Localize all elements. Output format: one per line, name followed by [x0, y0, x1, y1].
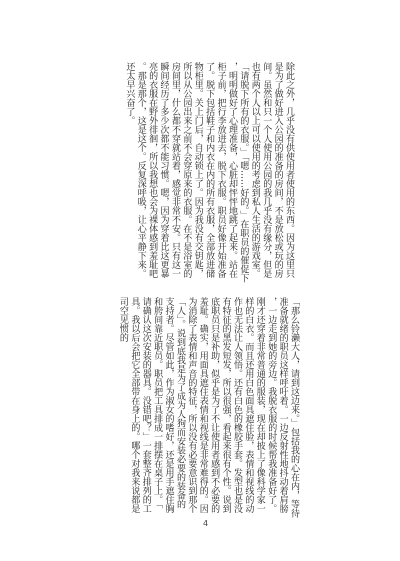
text-column: 作也无法让人领悟。还有白色的橡胶手套。发型也是没 — [231, 297, 242, 518]
text-column: 是为了做好进入公园的准备的房间，不是放松或玩的房 — [271, 62, 282, 283]
text-column: 所以从公园出来之前不会穿原来的衣服。在不是浴室的 — [180, 62, 191, 283]
text-column: 。那是那个，这是这个。反复深呼吸，让心平静下来。 — [134, 62, 145, 283]
text-column: 还太早兴奋了。 — [123, 62, 134, 283]
text-column: 和胯间靠近职员。职员把工具排成一排摆在桌子上。「 — [151, 297, 162, 518]
text-column: 司空见惯的 — [117, 297, 128, 518]
text-column: 房间里，什么都不穿就站着，感觉非常不安。只有这一 — [169, 62, 180, 283]
text-column: 底职员只是补助，似乎是为了不让使用者感到不必要的 — [208, 297, 219, 518]
text-column: 柜子前，把行李放进去，脱下衣服。职员好像开始准备 — [214, 62, 225, 283]
lower-paragraph-block: 「那么铃濑大人，请到这边来。」包括我的心在内，等待 准备就绪的职员这样呼吁着。一… — [117, 297, 300, 518]
text-column: ，明明做好了心理准备，心脏却怦怦地跳了起来。站在 — [226, 62, 237, 283]
text-column: 刚才还穿着非常普通的服装，现在却披上了像科学家一 — [253, 297, 264, 518]
page-number: 4 — [203, 519, 208, 528]
text-column: 「请脱下所有的衣服。」「嗯……好的。」在职员的催促下 — [237, 62, 248, 283]
text-column: 具。我以后会把它全部带在身上的。哪个对我来说都是 — [128, 297, 139, 518]
text-column: 样的白衣。而且还用白色面具遮住脸，表情和视线的动 — [242, 297, 253, 518]
text-column: 亮的衣服在野外徘徊，所以我想也会为裸体感到羞耻吧 — [146, 62, 157, 283]
text-column: 羞耻。确实，用面具遮住表情和视线是非常难得的。因 — [196, 297, 207, 518]
text-column: 间。虽然和只一个人使用公园的我几乎没有缘分，但是 — [260, 62, 271, 283]
text-column: 请确认这次安装的器具。没错吧？」一套整齐排列的工 — [139, 297, 150, 518]
text-column: 「人」。说到底我是为了成为人狗而安装必要的装备的 — [174, 297, 185, 518]
text-column: 「那么铃濑大人，请到这边来。」包括我的心在内，等待 — [288, 297, 299, 518]
text-column: 为消除了表情和声音的特征，所以没有必要意识到那个 — [185, 297, 196, 518]
text-column: 物柜里。关上门后，自动锁上了。因为我没有交钥匙， — [191, 62, 202, 283]
text-column: ，一边走到她的旁边。我脱衣服的时候帮我准备好了。 — [265, 297, 276, 518]
text-column: 了。脱下包括鞋子和内衣在内的所有衣服，全部放进储 — [203, 62, 214, 283]
upper-paragraph-block: 除此之外，几乎没有供使用者使用的东西。因为这里只 是为了做好进入公园的准备的房间… — [123, 62, 294, 283]
text-column: 除此之外，几乎没有供使用者使用的东西。因为这里只 — [283, 62, 294, 283]
text-column: 准备就绪的职员这样呼吁着。一边反射性地抖动着肩膀 — [276, 297, 287, 518]
text-column: 支持者。尽管如此，作为淑女的嗜好，还是用手遮住胸 — [162, 297, 173, 518]
text-column: 有特征的黑发短发，所以很强，看起来很有个性。说到 — [219, 297, 230, 518]
text-column: 瞬间经历了多少次都不能习惯。嗯，因为穿着比这更暴 — [157, 62, 168, 283]
text-column: 也有两个人以上可以使用的考虑到私人生活的游戏室。 — [248, 62, 259, 283]
